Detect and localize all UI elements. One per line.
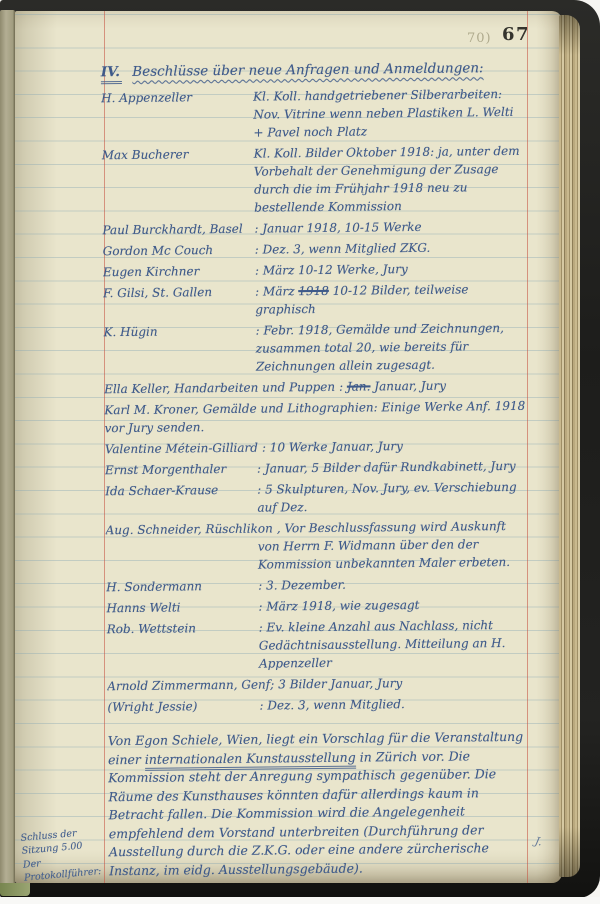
margin-note: Schluss der Sitzung 5.00 Der Protokollfü… bbox=[20, 825, 112, 883]
entry-artist-name: Gordon Mc Couch bbox=[103, 241, 255, 261]
faint-stamp: 70) bbox=[467, 31, 492, 46]
ledger-entry: (Wright Jessie): Dez. 3, wenn Mitglied. bbox=[107, 694, 531, 716]
scanned-minutes-page: 70) 67 IV. Beschlüsse über neue Anfragen… bbox=[0, 0, 600, 904]
section-numeral: IV. bbox=[101, 64, 122, 84]
ledger-entry: Paul Burckhardt, Basel: Januar 1918, 10-… bbox=[102, 217, 526, 239]
ledger-entry: Rob. Wettstein: Ev. kleine Anzahl aus Na… bbox=[107, 616, 532, 674]
entry-decision-text: : 5 Skulpturen, Nov. Jury, ev. Verschieb… bbox=[257, 480, 517, 515]
ledger-entry: Karl M. Kroner,Gemälde und Lithographien… bbox=[104, 397, 528, 437]
ledger-entry: K. Hügin: Febr. 1918, Gemälde und Zeichn… bbox=[103, 319, 528, 377]
entry-artist-name: Rob. Wettstein bbox=[107, 619, 259, 639]
entry-artist-name: Ella Keller, Handarbeiten und Puppen bbox=[104, 380, 339, 396]
entry-artist-name: F. Gilsi, St. Gallen bbox=[103, 283, 255, 303]
entry-decision-text: Kl. Koll. handgetriebener Silberarbeiten… bbox=[253, 87, 514, 140]
scan-background bbox=[0, 897, 600, 904]
entry-decision-text: : März 1918 10-12 Bilder, teilweise grap… bbox=[255, 282, 468, 316]
ledger-entry: F. Gilsi, St. Gallen: März 1918 10-12 Bi… bbox=[103, 280, 527, 320]
insertion-mark: J. bbox=[534, 834, 544, 848]
entry-artist-name: Valentine Métein-Gilliard bbox=[105, 439, 262, 459]
ledger-entry: Ella Keller, Handarbeiten und Puppen: Ja… bbox=[104, 376, 528, 398]
entry-artist-name: H. Appenzeller bbox=[101, 88, 253, 108]
ledger-entry: Arnold Zimmermann, Genf;3 Bilder Januar,… bbox=[107, 673, 531, 695]
entry-decision-text: : 3. Dezember. bbox=[258, 578, 346, 593]
entry-decision-text: : März 10-12 Werke, Jury bbox=[255, 262, 408, 278]
ledger-entry: Ernst Morgenthaler: Januar, 5 Bilder daf… bbox=[105, 457, 529, 479]
entry-decision-text: : Dez. 3, wenn Mitglied ZKG. bbox=[255, 241, 431, 257]
ledger-entry: Aug. Schneider, Rüschlikon, Vor Beschlus… bbox=[106, 517, 531, 575]
ledger-entry: Valentine Métein-Gilliard: 10 Werke Janu… bbox=[105, 436, 529, 458]
ledger-entry: Ida Schaer-Krause: 5 Skulpturen, Nov. Ju… bbox=[105, 478, 529, 518]
ledger-entry: Gordon Mc Couch: Dez. 3, wenn Mitglied Z… bbox=[103, 238, 527, 260]
entry-decision-text: , Vor Beschlussfassung wird Auskunft von… bbox=[258, 519, 510, 572]
ledger-entry: Hanns Welti: März 1918, wie zugesagt bbox=[106, 595, 530, 617]
entry-decision-text: : März 1918, wie zugesagt bbox=[258, 598, 419, 614]
closing-paragraph: Von Egon Schiele, Wien, liegt ein Vorsch… bbox=[108, 728, 534, 880]
ledger-entry: H. AppenzellerKl. Koll. handgetriebener … bbox=[101, 85, 526, 143]
entry-decision-text: : 10 Werke Januar, Jury bbox=[262, 439, 403, 454]
entry-artist-name: Ernst Morgenthaler bbox=[105, 460, 257, 480]
entry-artist-name: (Wright Jessie) bbox=[107, 697, 259, 717]
entry-artist-name: Eugen Kirchner bbox=[103, 262, 255, 282]
page-number: 67 bbox=[502, 24, 530, 45]
section-heading: IV. Beschlüsse über neue Anfragen und An… bbox=[101, 59, 525, 81]
entry-decision-text: : Dez. 3, wenn Mitglied. bbox=[259, 697, 404, 713]
ledger-page: 70) 67 IV. Beschlüsse über neue Anfragen… bbox=[15, 11, 562, 883]
entry-decision-text: : Ev. kleine Anzahl aus Nachlass, nicht … bbox=[259, 618, 506, 670]
entry-artist-name: Paul Burckhardt, Basel bbox=[102, 220, 254, 240]
ledger-entry: Max BuchererKl. Koll. Bilder Oktober 191… bbox=[102, 142, 527, 218]
ledger-entry: H. Sondermann: 3. Dezember. bbox=[106, 574, 530, 596]
handwritten-content: IV. Beschlüsse über neue Anfragen und An… bbox=[101, 59, 534, 880]
section-title: Beschlüsse über neue Anfragen und Anmeld… bbox=[132, 60, 483, 80]
entry-decision-text: : Jan. Januar, Jury bbox=[339, 379, 446, 394]
page-corner-edge bbox=[0, 883, 30, 896]
book-fore-edge bbox=[559, 15, 580, 877]
entry-artist-name: K. Hügin bbox=[103, 322, 255, 342]
entry-decision-text: Kl. Koll. Bilder Oktober 1918: ja, unter… bbox=[254, 144, 520, 215]
entry-decision-text: 3 Bilder Januar, Jury bbox=[278, 676, 402, 691]
entry-artist-name: H. Sondermann bbox=[106, 577, 258, 597]
entry-decision-text: : Januar, 5 Bilder dafür Rundkabinett, J… bbox=[257, 459, 516, 476]
previous-page-edge bbox=[0, 10, 15, 888]
entry-decision-text: : Febr. 1918, Gemälde und Zeichnungen, z… bbox=[255, 321, 504, 374]
entry-artist-name: Arnold Zimmermann, Genf; bbox=[107, 677, 278, 693]
entry-artist-name: Hanns Welti bbox=[106, 598, 258, 618]
entry-artist-name: Aug. Schneider, Rüschlikon bbox=[106, 519, 277, 539]
ledger-entry: Eugen Kirchner: März 10-12 Werke, Jury bbox=[103, 259, 527, 281]
entry-artist-name: Karl M. Kroner, bbox=[104, 402, 203, 417]
entry-artist-name: Ida Schaer-Krause bbox=[105, 481, 257, 501]
entry-decision-text: : Januar 1918, 10-15 Werke bbox=[254, 220, 421, 236]
entry-artist-name: Max Bucherer bbox=[102, 145, 254, 165]
entries: H. AppenzellerKl. Koll. handgetriebener … bbox=[101, 85, 532, 716]
margin-note-line2: Der Protokollführer: bbox=[23, 852, 111, 883]
